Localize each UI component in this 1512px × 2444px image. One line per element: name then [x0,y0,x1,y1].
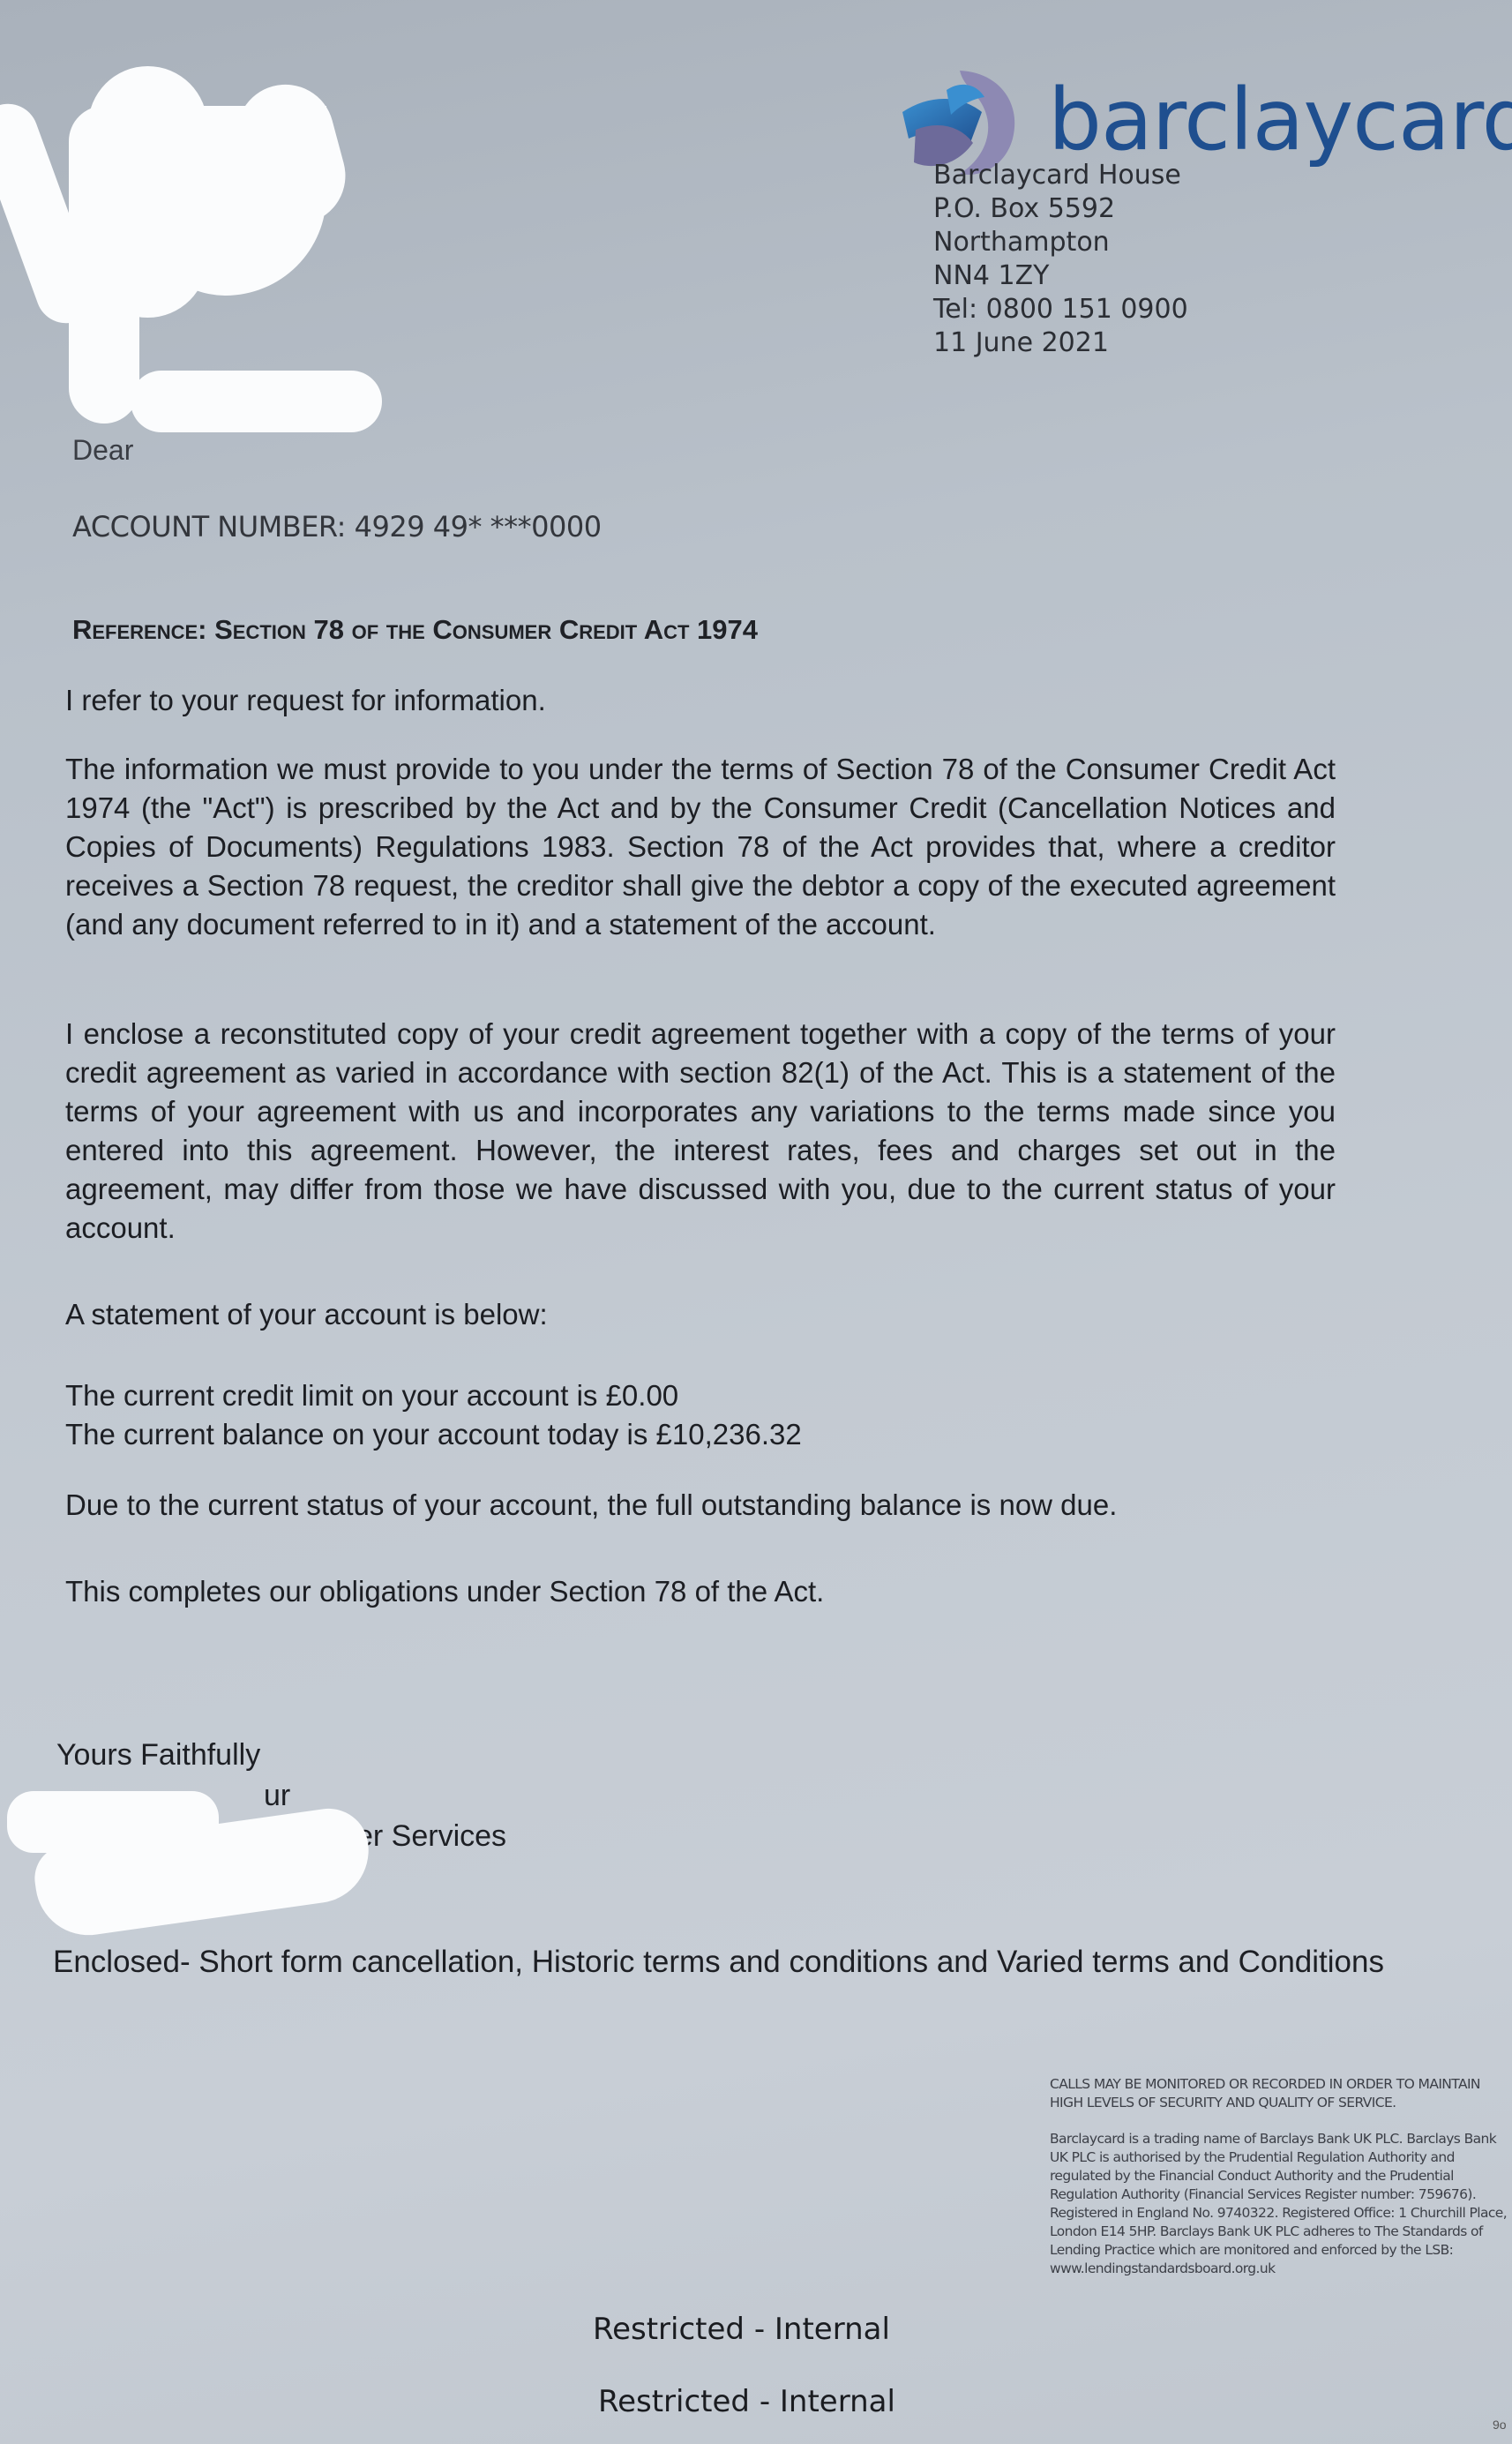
paragraph-enclosure: I enclose a reconstituted copy of your c… [65,1015,1336,1248]
redaction-mark [131,371,382,432]
regulatory-fine-print: CALLS MAY BE MONITORED OR RECORDED IN OR… [1050,2075,1508,2296]
reference-heading: Reference: Section 78 of the Consumer Cr… [72,614,758,646]
paragraph-closing: This completes our obligations under Sec… [65,1572,1336,1611]
call-monitoring-notice: CALLS MAY BE MONITORED OR RECORDED IN OR… [1050,2075,1508,2112]
regulatory-notice: Barclaycard is a trading name of Barclay… [1050,2130,1508,2278]
paragraph-section78: The information we must provide to you u… [65,750,1336,944]
closing-line: Yours Faithfully [56,1735,506,1775]
letter-date: 11 June 2021 [933,326,1188,360]
brand-wordmark: barclaycard [1048,71,1512,169]
classification-label: Restricted - Internal [598,2384,895,2419]
enclosures-note: Enclosed- Short form cancellation, Histo… [53,1939,1394,1985]
phone-line: Tel: 0800 151 0900 [933,293,1188,326]
account-number: ACCOUNT NUMBER: 4929 49* ***0000 [72,510,602,544]
address-line: Northampton [933,226,1188,259]
paragraph-balance-due: Due to the current status of your accoun… [65,1486,1336,1525]
balance-line: The current balance on your account toda… [65,1415,1336,1454]
page-marker: 9o [1493,2418,1507,2432]
paragraph-statement-intro: A statement of your account is below: [65,1295,1336,1334]
credit-limit-line: The current credit limit on your account… [65,1376,1336,1415]
address-line: Barclaycard House [933,159,1188,192]
paragraph-intro: I refer to your request for information. [65,681,1336,720]
classification-label: Restricted - Internal [593,2312,890,2347]
address-line: P.O. Box 5592 [933,192,1188,226]
salutation: Dear [72,434,133,467]
address-line: NN4 1ZY [933,259,1188,293]
account-statement: The current credit limit on your account… [65,1376,1336,1454]
sender-address: Barclaycard House P.O. Box 5592 Northamp… [933,159,1188,360]
